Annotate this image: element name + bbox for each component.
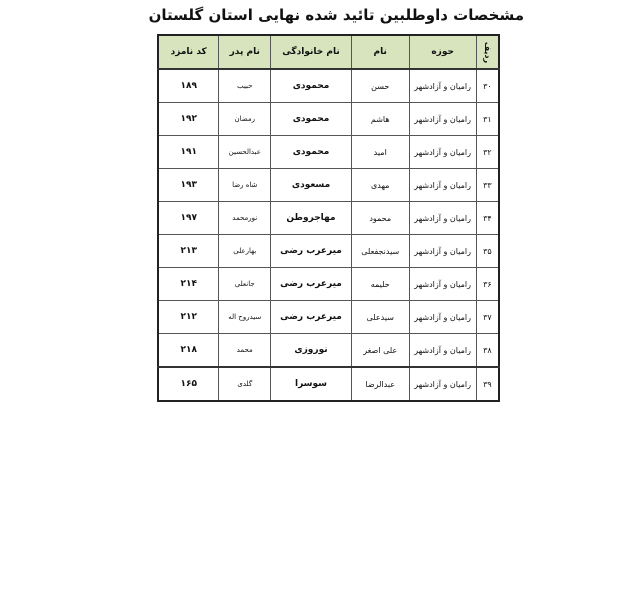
cell-name: هاشم [351, 103, 409, 136]
table-row: ۳۹ رامیان و آزادشهر عبدالرضا سوسرا گلدی … [158, 367, 499, 401]
cell-name: مهدی [351, 169, 409, 202]
cell-area: رامیان و آزادشهر [409, 334, 476, 368]
table-row: ۳۴ رامیان و آزادشهر محمود مهاجروطن نورمح… [158, 202, 499, 235]
cell-name: امید [351, 136, 409, 169]
table-row: ۳۰ رامیان و آزادشهر حسن محمودی حبیب ۱۸۹ [158, 69, 499, 103]
cell-name: حسن [351, 69, 409, 103]
cell-code: ۱۹۱ [158, 136, 219, 169]
table-row: ۳۵ رامیان و آزادشهر سیدنجفعلی میرعرب رضی… [158, 235, 499, 268]
cell-area: رامیان و آزادشهر [409, 367, 476, 401]
table-row: ۳۱ رامیان و آزادشهر هاشم محمودی رمضان ۱۹… [158, 103, 499, 136]
cell-family: محمودی [271, 103, 352, 136]
header-area: حوزه [409, 35, 476, 69]
cell-area: رامیان و آزادشهر [409, 169, 476, 202]
cell-father: نورمحمد [219, 202, 271, 235]
cell-father: عبدالحسین [219, 136, 271, 169]
cell-row-number: ۳۶ [476, 268, 499, 301]
cell-name: سیدعلی [351, 301, 409, 334]
table-row: ۳۲ رامیان و آزادشهر امید محمودی عبدالحسی… [158, 136, 499, 169]
cell-father: گلدی [219, 367, 271, 401]
cell-family: میرعرب رضی [271, 235, 352, 268]
cell-name: عبدالرضا [351, 367, 409, 401]
header-family: نام خانوادگی [271, 35, 352, 69]
cell-code: ۲۱۴ [158, 268, 219, 301]
cell-family: مهاجروطن [271, 202, 352, 235]
cell-row-number: ۳۰ [476, 69, 499, 103]
header-row-number-label: ردیف [483, 41, 492, 62]
cell-area: رامیان و آزادشهر [409, 136, 476, 169]
header-father: نام پدر [219, 35, 271, 69]
cell-area: رامیان و آزادشهر [409, 301, 476, 334]
cell-row-number: ۳۹ [476, 367, 499, 401]
cell-father: محمد [219, 334, 271, 368]
cell-father: شاه رضا [219, 169, 271, 202]
header-row-number: ردیف [476, 35, 499, 69]
cell-name: سیدنجفعلی [351, 235, 409, 268]
cell-family: مسعودی [271, 169, 352, 202]
cell-row-number: ۳۱ [476, 103, 499, 136]
cell-father: بهارعلی [219, 235, 271, 268]
table-row: ۳۶ رامیان و آزادشهر حلیمه میرعرب رضی جان… [158, 268, 499, 301]
cell-area: رامیان و آزادشهر [409, 202, 476, 235]
cell-name: محمود [351, 202, 409, 235]
cell-area: رامیان و آزادشهر [409, 103, 476, 136]
cell-row-number: ۳۴ [476, 202, 499, 235]
table-row: ۳۷ رامیان و آزادشهر سیدعلی میرعرب رضی سی… [158, 301, 499, 334]
cell-row-number: ۳۸ [476, 334, 499, 368]
table-row: ۳۸ رامیان و آزادشهر علی اصغر نوروزی محمد… [158, 334, 499, 368]
cell-area: رامیان و آزادشهر [409, 235, 476, 268]
cell-father: سیدروح اله [219, 301, 271, 334]
cell-family: محمودی [271, 69, 352, 103]
cell-code: ۱۹۳ [158, 169, 219, 202]
cell-code: ۲۱۸ [158, 334, 219, 368]
table-header-row: ردیف حوزه نام نام خانوادگی نام پدر کد نا… [158, 35, 499, 69]
cell-code: ۱۶۵ [158, 367, 219, 401]
cell-father: حبیب [219, 69, 271, 103]
candidates-table: ردیف حوزه نام نام خانوادگی نام پدر کد نا… [157, 34, 500, 402]
cell-family: نوروزی [271, 334, 352, 368]
cell-row-number: ۳۳ [476, 169, 499, 202]
cell-family: محمودی [271, 136, 352, 169]
cell-name: علی اصغر [351, 334, 409, 368]
cell-family: میرعرب رضی [271, 268, 352, 301]
cell-family: میرعرب رضی [271, 301, 352, 334]
cell-code: ۱۹۷ [158, 202, 219, 235]
table-row: ۳۳ رامیان و آزادشهر مهدی مسعودی شاه رضا … [158, 169, 499, 202]
document-title: مشخصات داوطلبین تائید شده نهایی استان گل… [149, 6, 524, 24]
cell-family: سوسرا [271, 367, 352, 401]
header-code: کد نامزد [158, 35, 219, 69]
cell-father: رمضان [219, 103, 271, 136]
cell-code: ۲۱۲ [158, 301, 219, 334]
cell-area: رامیان و آزادشهر [409, 268, 476, 301]
cell-father: جانعلی [219, 268, 271, 301]
cell-name: حلیمه [351, 268, 409, 301]
cell-code: ۲۱۳ [158, 235, 219, 268]
cell-code: ۱۹۲ [158, 103, 219, 136]
cell-row-number: ۳۵ [476, 235, 499, 268]
header-name: نام [351, 35, 409, 69]
cell-row-number: ۳۷ [476, 301, 499, 334]
cell-area: رامیان و آزادشهر [409, 69, 476, 103]
cell-row-number: ۳۲ [476, 136, 499, 169]
cell-code: ۱۸۹ [158, 69, 219, 103]
